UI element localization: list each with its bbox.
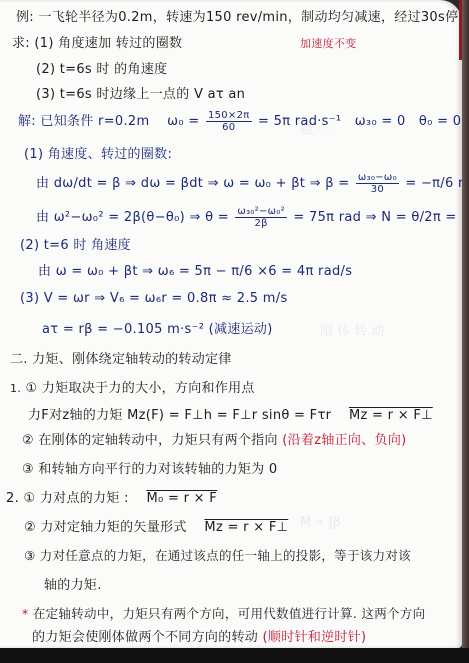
beta-fraction: ω₃₀−ω₀ 30 <box>356 172 399 195</box>
item1-a-line: 1. ① 力矩取决于力的大小，方向和作用点 <box>10 381 255 397</box>
omega30: ω₃₀ = 0 <box>355 114 406 129</box>
note-mark: * <box>22 606 29 621</box>
solution-label: 解: <box>18 114 36 129</box>
part3-line1: (3) V = ωr ⇒ V₆ = ω₆r = 0.8π ≈ 2.5 m/s <box>20 291 288 307</box>
item1-c-red-note: (沿着z轴正向、负向) <box>282 433 406 448</box>
problem-label: 例: <box>16 10 34 25</box>
item2-a-vector: M₀ = r × F <box>147 491 218 506</box>
item2-a: ① 力对点的力矩 : <box>23 491 128 506</box>
note-2-red: (顺时针和逆时针) <box>263 630 367 645</box>
part2-line: 由 ω = ω₀ + βt ⇒ ω₆ = 5π − π/6 ×6 = 4π ra… <box>38 264 352 280</box>
question-3: (3) t=6s 时边缘上一点的 V aτ an <box>36 87 245 103</box>
item2-b: ② 力对定轴力矩的矢量形式 <box>24 520 187 535</box>
theta0: θ₀ = 0 <box>419 114 461 129</box>
background-surface <box>0 648 469 663</box>
problem-statement: 一飞轮半径为0.2m，转速为150 rev/min，制动均匀减速，经过30s停止 <box>38 10 462 25</box>
item2-c-line2: 轴的力矩. <box>44 578 102 594</box>
omega0-lhs: ω₀ = <box>167 114 199 129</box>
item1-b-line: 力F对z轴的力矩 Mz(F) = F⊥h = F⊥r sinθ = Fτr Mz… <box>28 408 433 424</box>
notebook-binding-edge <box>462 0 469 663</box>
part3-line2: aτ = rβ = −0.105 m·s⁻² (减速运动) <box>42 322 273 338</box>
red-annotation-acceleration-constant: 加速度不变 <box>300 36 357 52</box>
item2-c-line1: ③ 力对任意点的力矩，在通过该点的任一轴上的投影，等于该力对该 <box>24 548 411 564</box>
question-1: (1) 角度速加 转过的圈数 <box>34 36 182 51</box>
item1-b: 力F对z轴的力矩 Mz(F) = F⊥h = F⊥r sinθ = Fτr <box>28 408 331 423</box>
item1-b-vector: Mz = r × F⊥ <box>349 408 433 423</box>
omega0-fraction: 150×2π 60 <box>206 110 252 133</box>
note-line2: 的力矩会使刚体做两个不同方向的转动 (顺时针和逆时针) <box>32 630 366 646</box>
item1-c: ② 在刚体的定轴转动中，力矩只有两个指向 <box>22 433 278 448</box>
section2-title: 二. 力矩、刚体绕定轴转动的转动定律 <box>10 352 232 368</box>
item2-b-line: ② 力对定轴力矩的矢量形式 Mz = r × F⊥ <box>24 520 288 536</box>
bleed-through-text: 刚 体 转 动 <box>320 320 384 339</box>
theta-fraction: ω₃₀²−ω₀² 2β <box>235 206 287 229</box>
problem-statement-line: 例: 一飞轮半径为0.2m，转速为150 rev/min，制动均匀减速，经过30… <box>16 10 462 26</box>
bleed-through-text: M ∝ Jβ <box>300 515 341 530</box>
note-2: 的力矩会使刚体做两个不同方向的转动 <box>32 630 258 645</box>
note-line1: * 在定轴转动中，力矩只有两个方向，可用代数值进行计算. 这两个方向 <box>22 606 425 622</box>
ask-label: 求: <box>12 36 30 51</box>
item2-a-line: 2. ① 力对点的力矩 : M₀ = r × F <box>6 491 217 507</box>
question-1-line: 求: (1) 角度速加 转过的圈数 <box>12 36 182 52</box>
question-2: (2) t=6s 时 的角速度 <box>36 62 167 78</box>
item2-mark: 2. <box>6 491 19 506</box>
part1-line2: 由 ω²−ω₀² = 2β(θ−θ₀) ⇒ θ = ω₃₀²−ω₀² 2β = … <box>36 206 462 229</box>
given-conditions: 已知条件 r=0.2m <box>40 114 149 129</box>
item1-mark: 1. <box>10 382 21 395</box>
solution-given-line: 解: 已知条件 r=0.2m ω₀ = 150×2π 60 = 5π rad·s… <box>18 110 461 133</box>
part1-line1: 由 dω/dt = β ⇒ dω = βdt ⇒ ω = ω₀ + βt ⇒ β… <box>36 172 462 195</box>
item1-a: ① 力矩取决于力的大小，方向和作用点 <box>26 381 255 396</box>
part1-title: (1) 角速度、转过的圈数: <box>24 147 172 163</box>
part2-title: (2) t=6 时 角速度 <box>20 238 131 254</box>
notebook-page: 题 · · · 刚 体 转 动 M ∝ Jβ 例: 一飞轮半径为0.2m，转速为… <box>0 0 462 648</box>
note-1: 在定轴转动中，力矩只有两个方向，可用代数值进行计算. 这两个方向 <box>33 606 426 621</box>
item1-d: ③ 和转轴方向平行的力对该转轴的力矩为 0 <box>22 462 278 478</box>
omega0-rhs: = 5π rad·s⁻¹ <box>258 114 341 129</box>
item1-c-line: ② 在刚体的定轴转动中，力矩只有两个指向 (沿着z轴正向、负向) <box>22 433 407 449</box>
item2-b-vector: Mz = r × F⊥ <box>204 520 288 535</box>
